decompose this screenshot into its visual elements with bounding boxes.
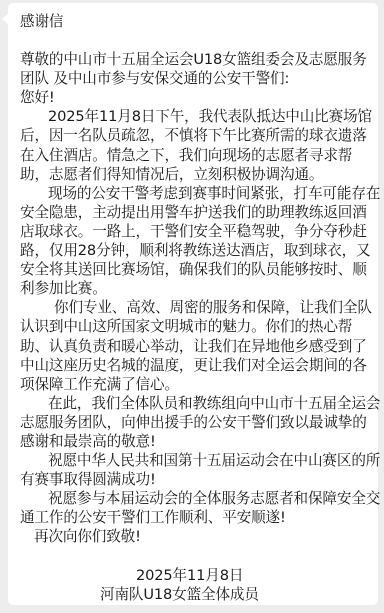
signature-date: 2025年11月8日	[20, 566, 368, 585]
paragraph-line: 路，仅用28分钟，顺利将教练送达酒店，取到球衣，又	[20, 241, 368, 260]
chat-area: 感谢信 尊敬的中山市十五届全运会U18女篮组委会及志愿服务 团队 及中山市参与安…	[0, 0, 384, 613]
paragraph-line: 项保障工作充满了信心。	[20, 375, 368, 394]
signature-name: 河南队U18女篮全体成员	[20, 585, 368, 604]
paragraph-line: 在入住酒店。情急之下，我们向现场的志愿者寻求帮	[20, 146, 368, 165]
paragraph-line: 安全隐患，主动提出用警车护送我们的助理教练返回酒	[20, 203, 368, 222]
paragraph-line: 现场的公安干警考虑到赛事时间紧张，打车可能存在	[20, 184, 368, 203]
paragraph-line: 感谢和最崇高的敬意!	[20, 432, 368, 451]
paragraph-line: 通工作的公安干警们工作顺利、平安顺遂!	[20, 508, 368, 527]
message-bubble[interactable]: 感谢信 尊敬的中山市十五届全运会U18女篮组委会及志愿服务 团队 及中山市参与安…	[8, 3, 378, 605]
paragraph-line: 志愿服务团队，向伸出援手的公安干警们致以最诚挚的	[20, 413, 368, 432]
paragraph-line: 后，因一名队员疏忽，不慎将下午比赛所需的球衣遗落	[20, 126, 368, 145]
salutation-line: 团队 及中山市参与安保交通的公安干警们:	[20, 69, 368, 88]
letter-title: 感谢信	[20, 12, 368, 31]
paragraph-line: 安全将其送回比赛场馆，确保我们的队员能够按时、顺	[20, 260, 368, 279]
salutation-line: 尊敬的中山市十五届全运会U18女篮组委会及志愿服务	[20, 50, 368, 69]
paragraph-line: 助，志愿者们得知情况后，立刻积极协调沟通。	[20, 165, 368, 184]
paragraph-line: 在此，我们全体队员和教练组向中山市十五届全运会	[20, 394, 368, 413]
paragraph-line: 店取球衣。一路上，干警们安全平稳驾驶，争分夺秒赶	[20, 222, 368, 241]
closing-line: 再次向你们致敬!	[20, 527, 368, 546]
paragraph-line: 祝愿中华人民共和国第十五届运动会在中山赛区的所	[20, 451, 368, 470]
paragraph-line: 有赛事取得圆满成功!	[20, 470, 368, 489]
paragraph-line: 认识到中山这所国家文明城市的魅力。你们的热心帮	[20, 317, 368, 336]
paragraph-line: 中山这座历史名城的温度，更让我们对全运会期间的各	[20, 356, 368, 375]
paragraph-line: 2025年11月8日下午，我代表队抵达中山比赛场馆	[20, 107, 368, 126]
paragraph-line: 祝愿参与本届运动会的全体服务志愿者和保障安全交	[20, 489, 368, 508]
greeting: 您好!	[20, 88, 368, 107]
paragraph-line: 助、认真负责和暖心举动，让我们在异地他乡感受到了	[20, 337, 368, 356]
spacer	[20, 547, 368, 566]
paragraph-line: 利参加比赛。	[20, 279, 368, 298]
paragraph-line: 你们专业、高效、周密的服务和保障，让我们全队	[20, 298, 368, 317]
